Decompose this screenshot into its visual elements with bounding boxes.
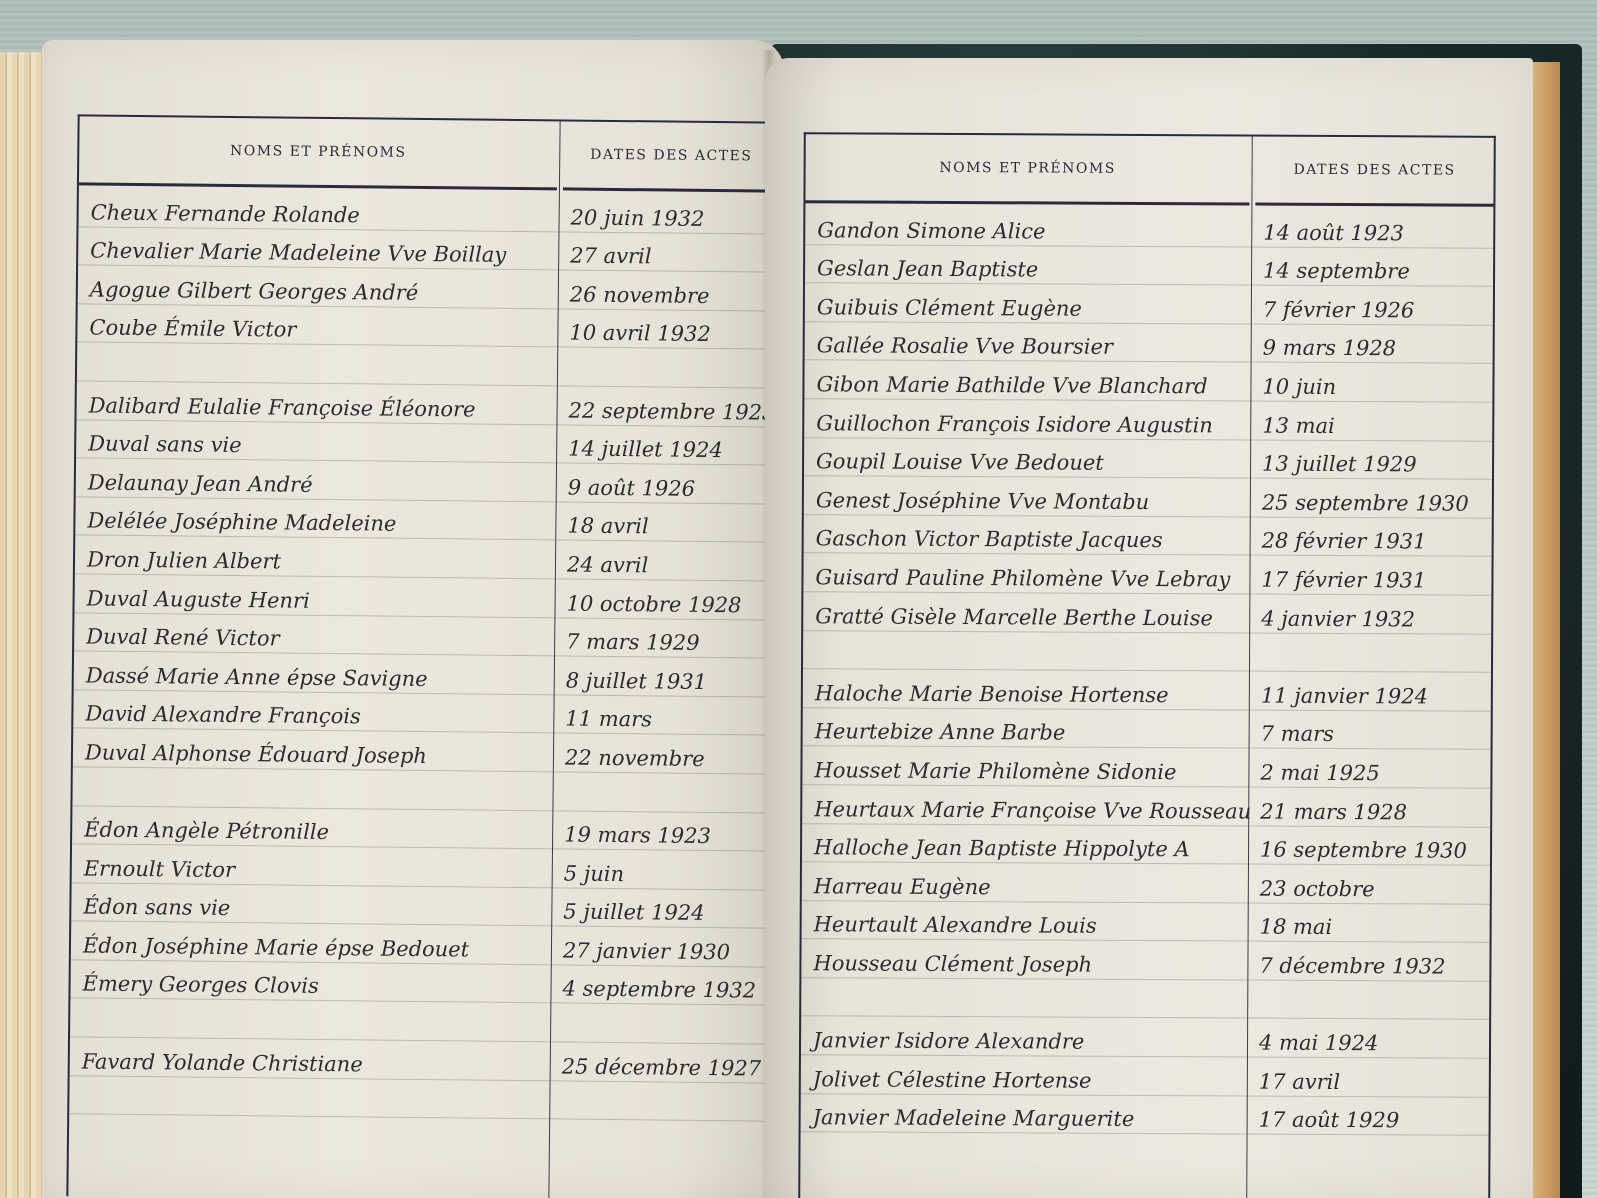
entry-date: 25 décembre 1927	[562, 1056, 762, 1082]
entry-name: Duval Auguste Henri	[86, 588, 309, 614]
entry-date: 27 janvier 1930	[563, 940, 730, 966]
entry-name: Coube Émile Victor	[89, 318, 296, 344]
entry-date: 7 mars	[1261, 724, 1334, 748]
entry-name: Janvier Madeleine Marguerite	[813, 1108, 1135, 1134]
register-entry: Genest Joséphine Vve Montabu25 septembre…	[804, 476, 1492, 518]
entry-name: Gandon Simone Alice	[817, 220, 1045, 245]
register-entry: Guisard Pauline Philomène Vve Lebray17 f…	[803, 554, 1491, 596]
register-entry: Goupil Louise Vve Bedouet13 juillet 1929	[804, 438, 1492, 480]
register-entry: Harreau Eugène23 octobre	[802, 862, 1490, 904]
entry-name: Delaunay Jean André	[88, 472, 313, 498]
entry-date: 13 juillet 1929	[1262, 454, 1417, 479]
entry-date: 14 septembre	[1263, 261, 1410, 286]
entry-name: Geslan Jean Baptiste	[817, 258, 1038, 283]
entry-date: 22 septembre 1923	[568, 400, 775, 426]
entry-name: Genest Joséphine Vve Montabu	[816, 490, 1149, 516]
entry-name: Édon Joséphine Marie épse Bedouet	[83, 935, 469, 963]
entry-date: 17 février 1931	[1261, 570, 1426, 595]
cover-board-edge	[1530, 62, 1560, 1198]
entry-name: Halloche Jean Baptiste Hippolyte A	[814, 837, 1190, 863]
right-entries: Gandon Simone Alice14 août 1923Geslan Je…	[801, 206, 1494, 1136]
page-stack	[0, 52, 48, 1198]
entry-date: 4 janvier 1932	[1261, 608, 1415, 633]
entry-name: David Alexandre François	[85, 704, 361, 731]
entry-date: 21 mars 1928	[1260, 801, 1407, 826]
entry-name: Heurtebize Anne Barbe	[815, 722, 1066, 747]
register-entry: Gallée Rosalie Vve Boursier9 mars 1928	[805, 322, 1493, 364]
register-entry: Housset Marie Philomène Sidonie2 mai 192…	[802, 747, 1490, 789]
entry-name: Gratté Gisèle Marcelle Berthe Louise	[815, 606, 1213, 632]
entry-name: Duval René Victor	[86, 627, 280, 653]
entry-name: Haloche Marie Benoise Hortense	[815, 683, 1169, 709]
dates-column-header: DATES DES ACTES	[1255, 137, 1493, 207]
entry-name: Goupil Louise Vve Bedouet	[816, 451, 1104, 477]
entry-date: 17 avril	[1259, 1071, 1340, 1095]
entry-name: Guibuis Clément Eugène	[817, 297, 1082, 322]
entry-date: 22 novembre	[565, 747, 705, 772]
entry-name: Cheux Fernande Rolande	[91, 202, 360, 229]
register-entry: Geslan Jean Baptiste14 septembre	[805, 245, 1493, 287]
register-entry: Heurtebize Anne Barbe7 mars	[803, 708, 1491, 750]
right-page: NOMS ET PRÉNOMS DATES DES ACTES Gandon S…	[765, 58, 1533, 1198]
entry-date: 11 mars	[565, 709, 652, 734]
entry-date: 11 janvier 1924	[1261, 685, 1428, 710]
entry-name: Dassé Marie Anne épse Savigne	[86, 665, 428, 693]
entry-name: Jolivet Célestine Hortense	[813, 1069, 1092, 1094]
dates-column-header: DATES DES ACTES	[563, 121, 780, 192]
entry-name: Housseau Clément Joseph	[813, 953, 1092, 978]
register-entry: Heurtaux Marie Françoise Vve Rousseau21 …	[802, 785, 1490, 827]
entry-date: 20 juin 1932	[570, 207, 704, 232]
register-entry: Halloche Jean Baptiste Hippolyte A16 sep…	[802, 824, 1490, 866]
register-entry: Haloche Marie Benoise Hortense11 janvier…	[803, 669, 1491, 711]
entry-date: 18 avril	[567, 516, 649, 541]
names-column-header: NOMS ET PRÉNOMS	[79, 116, 558, 190]
right-ledger-table: NOMS ET PRÉNOMS DATES DES ACTES Gandon S…	[798, 132, 1496, 1198]
entry-date: 4 septembre 1932	[562, 979, 756, 1005]
entry-date: 7 février 1926	[1263, 299, 1415, 324]
entry-name: Édon sans vie	[83, 897, 230, 923]
blank-row	[803, 631, 1491, 673]
entry-date: 5 juillet 1924	[563, 902, 704, 927]
register-entry: Housseau Clément Joseph7 décembre 1932	[801, 939, 1489, 981]
entry-name: Duval Alphonse Édouard Joseph	[85, 742, 427, 770]
entry-date: 4 mai 1924	[1259, 1033, 1378, 1058]
entry-name: Dalibard Eulalie Françoise Éléonore	[88, 395, 475, 423]
entry-date: 8 juillet 1931	[566, 670, 707, 695]
entry-name: Édon Angèle Pétronille	[84, 820, 329, 847]
register-entry: Heurtault Alexandre Louis18 mai	[802, 901, 1490, 943]
entry-date: 9 mars 1928	[1263, 338, 1397, 363]
entry-name: Gibon Marie Bathilde Vve Blanchard	[816, 374, 1207, 400]
entry-name: Duval sans vie	[88, 434, 242, 460]
entry-date: 16 septembre 1930	[1260, 840, 1467, 865]
entry-date: 13 mai	[1262, 415, 1335, 439]
entry-date: 2 mai 1925	[1260, 763, 1379, 788]
entry-date: 14 août 1923	[1263, 222, 1404, 247]
names-column-header: NOMS ET PRÉNOMS	[805, 134, 1249, 205]
entry-name: Gaschon Victor Baptiste Jacques	[816, 529, 1163, 555]
entry-date: 28 février 1931	[1262, 531, 1427, 556]
entry-date: 23 octobre	[1260, 878, 1375, 903]
register-entry: Guillochon François Isidore Augustin13 m…	[804, 399, 1492, 441]
blank-row	[69, 1076, 769, 1122]
entry-date: 5 juin	[564, 863, 625, 888]
register-entry: Janvier Madeleine Marguerite17 août 1929	[801, 1094, 1489, 1136]
entry-name: Harreau Eugène	[814, 876, 991, 901]
blank-row	[801, 978, 1489, 1020]
entry-date: 14 juillet 1924	[568, 439, 723, 465]
register-entry: Janvier Isidore Alexandre4 mai 1924	[801, 1017, 1489, 1059]
entry-name: Heurtault Alexandre Louis	[814, 915, 1097, 940]
left-page: NOMS ET PRÉNOMS DATES DES ACTES Cheux Fe…	[42, 40, 784, 1198]
entry-name: Delélée Joséphine Madeleine	[87, 511, 396, 538]
left-entries: Cheux Fernande Rolande20 juin 1932Cheval…	[69, 188, 779, 1122]
entry-name: Janvier Isidore Alexandre	[813, 1030, 1084, 1055]
entry-date: 18 mai	[1260, 917, 1333, 941]
entry-name: Chevalier Marie Madeleine Vve Boillay	[90, 241, 506, 269]
entry-date: 25 septembre 1930	[1262, 492, 1469, 517]
left-ledger-table: NOMS ET PRÉNOMS DATES DES ACTES Cheux Fe…	[66, 114, 781, 1198]
entry-date: 26 novembre	[570, 284, 710, 309]
register-entry: Gratté Gisèle Marcelle Berthe Louise4 ja…	[803, 592, 1491, 634]
entry-name: Housset Marie Philomène Sidonie	[814, 760, 1176, 786]
register-entry: Gaschon Victor Baptiste Jacques28 févrie…	[804, 515, 1492, 557]
entry-name: Dron Julien Albert	[87, 549, 281, 575]
register-entry: Gibon Marie Bathilde Vve Blanchard10 jui…	[804, 361, 1492, 403]
entry-name: Gallée Rosalie Vve Boursier	[817, 336, 1113, 362]
entry-name: Émery Georges Clovis	[82, 974, 318, 1000]
entry-date: 10 juin	[1262, 377, 1336, 401]
entry-name: Agogue Gilbert Georges André	[90, 279, 419, 306]
entry-date: 7 mars 1929	[566, 632, 700, 657]
entry-date: 17 août 1929	[1259, 1110, 1400, 1135]
entry-date: 24 avril	[567, 554, 649, 579]
entry-name: Guillochon François Isidore Augustin	[816, 413, 1213, 439]
entry-name: Guisard Pauline Philomène Vve Lebray	[815, 567, 1230, 593]
register-entry: Guibuis Clément Eugène7 février 1926	[805, 283, 1493, 325]
entry-date: 10 octobre 1928	[566, 593, 741, 619]
entry-date: 10 avril 1932	[569, 323, 711, 348]
entry-name: Ernoult Victor	[84, 858, 236, 884]
register-entry: Jolivet Célestine Hortense17 avril	[801, 1055, 1489, 1097]
entry-date: 9 août 1926	[568, 477, 696, 502]
entry-name: Heurtaux Marie Françoise Vve Rousseau	[814, 799, 1251, 825]
entry-date: 19 mars 1923	[564, 825, 711, 851]
register-entry: Gandon Simone Alice14 août 1923	[805, 206, 1493, 248]
entry-date: 7 décembre 1932	[1259, 955, 1445, 980]
entry-date: 27 avril	[570, 246, 652, 271]
entry-name: Favard Yolande Christiane	[82, 1051, 363, 1078]
